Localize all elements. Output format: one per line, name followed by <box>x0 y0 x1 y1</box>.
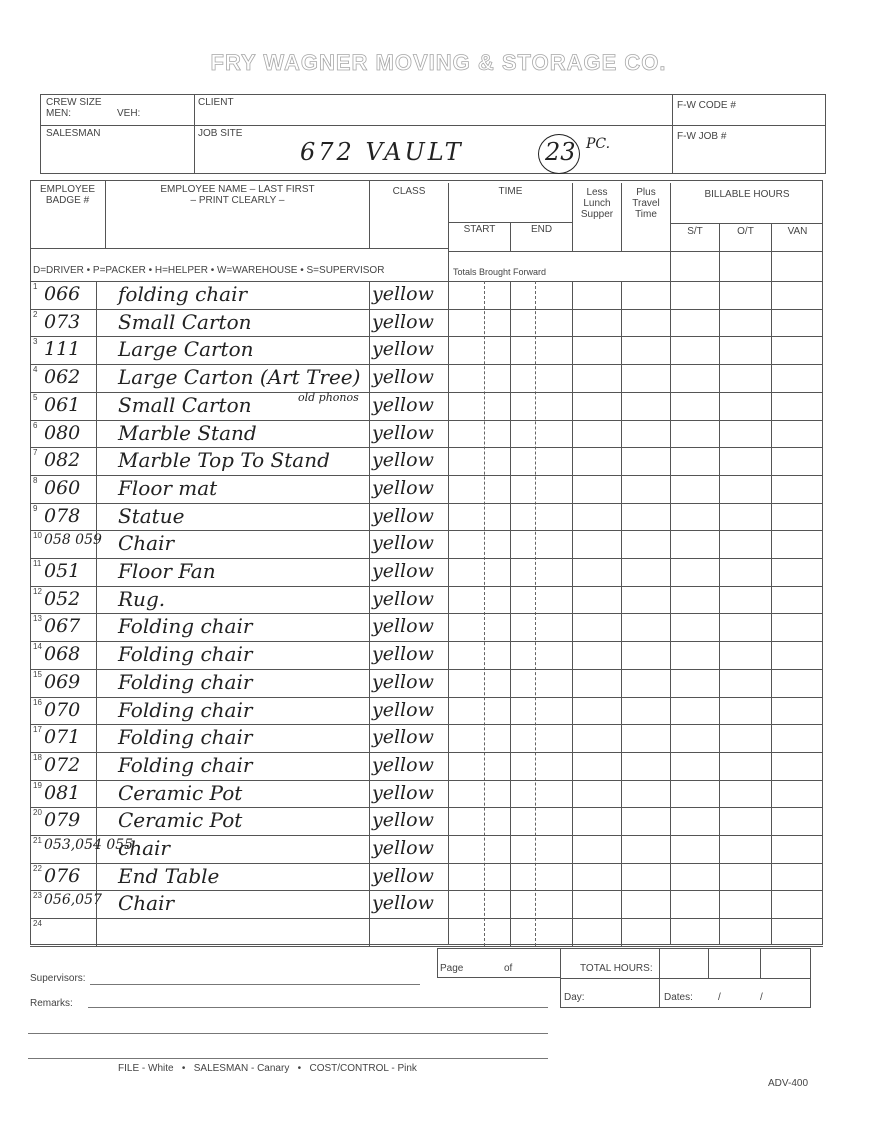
fw-job-label: F-W JOB # <box>677 131 726 142</box>
job-site-value: 672 VAULT <box>300 138 464 166</box>
plus-travel-header: Plus Travel Time <box>626 187 666 220</box>
row-number: 13 <box>33 614 42 623</box>
item-description: Large Carton <box>118 337 254 361</box>
row-number: 21 <box>33 836 42 845</box>
item-description: Floor Fan <box>118 559 216 583</box>
badge-number: 082 <box>44 449 80 471</box>
start-column-header: START <box>449 224 510 235</box>
item-description: Ceramic Pot <box>118 808 242 832</box>
badge-number: 051 <box>44 560 80 582</box>
badge-number: 067 <box>44 615 80 637</box>
item-description: Rug. <box>118 587 165 611</box>
ot-column-header: O/T <box>720 226 771 237</box>
badge-number: 069 <box>44 671 80 693</box>
badge-number: 073 <box>44 311 80 333</box>
name-column-subheader: – PRINT CLEARLY – <box>106 195 369 206</box>
salesman-label: SALESMAN <box>46 128 100 139</box>
men-label: MEN: <box>46 108 71 119</box>
badge-number: 061 <box>44 394 80 416</box>
badge-number: 070 <box>44 699 80 721</box>
van-column-header: VAN <box>772 226 823 237</box>
row-number: 6 <box>33 421 37 430</box>
row-number: 17 <box>33 725 42 734</box>
of-label: of <box>504 963 512 974</box>
item-description: Folding chair <box>118 614 252 638</box>
time-column-header: TIME <box>449 186 572 197</box>
st-column-header: S/T <box>671 226 719 237</box>
item-description: Folding chair <box>118 725 252 749</box>
item-class: yellow <box>372 449 434 471</box>
item-class: yellow <box>372 311 434 333</box>
row-number: 15 <box>33 670 42 679</box>
item-description: folding chair <box>118 282 247 306</box>
row-number: 19 <box>33 781 42 790</box>
piece-count: 23 <box>545 138 576 166</box>
item-class: yellow <box>372 588 434 610</box>
row-number: 12 <box>33 587 42 596</box>
item-class: yellow <box>372 865 434 887</box>
badge-number: 072 <box>44 754 80 776</box>
remarks-label: Remarks: <box>30 998 73 1009</box>
item-description: Marble Top To Stand <box>118 448 330 472</box>
dates-label: Dates: <box>664 992 693 1003</box>
item-class: yellow <box>372 283 434 305</box>
row-number: 3 <box>33 337 37 346</box>
total-hours-label: TOTAL HOURS: <box>580 963 653 974</box>
row-number: 18 <box>33 753 42 762</box>
less-lunch-header: Less Lunch Supper <box>577 187 617 220</box>
copy-distribution: FILE - White • SALESMAN - Canary • COST/… <box>118 1063 417 1074</box>
totals-brought-forward: Totals Brought Forward <box>453 267 546 277</box>
form-code: ADV-400 <box>768 1078 808 1089</box>
table-row[interactable] <box>30 918 823 946</box>
item-class: yellow <box>372 892 434 914</box>
crew-size-label: CREW SIZE <box>46 97 102 108</box>
item-description: Folding chair <box>118 642 252 666</box>
badge-number: 111 <box>44 338 80 360</box>
badge-number: 076 <box>44 865 80 887</box>
item-class: yellow <box>372 560 434 582</box>
badge-number: 079 <box>44 809 80 831</box>
supervisors-line[interactable] <box>90 984 420 985</box>
item-class: yellow <box>372 699 434 721</box>
item-description: Chair <box>118 531 174 555</box>
row-number: 7 <box>33 448 37 457</box>
item-description: Folding chair <box>118 698 252 722</box>
row-number: 22 <box>33 864 42 873</box>
item-class: yellow <box>372 366 434 388</box>
dates-separator: / <box>760 992 763 1003</box>
dates-separator: / <box>718 992 721 1003</box>
item-description: Small Carton <box>118 393 252 417</box>
item-class: yellow <box>372 726 434 748</box>
company-title: FRY WAGNER MOVING & STORAGE CO. <box>0 50 877 76</box>
row-number: 8 <box>33 476 37 485</box>
item-description: Floor mat <box>118 476 217 500</box>
row-number: 20 <box>33 808 42 817</box>
day-label: Day: <box>564 992 585 1003</box>
row-number: 10 <box>33 531 42 540</box>
row-number: 4 <box>33 365 37 374</box>
item-class: yellow <box>372 615 434 637</box>
row-number: 9 <box>33 504 37 513</box>
badge-number: 080 <box>44 422 80 444</box>
row-number: 1 <box>33 282 37 291</box>
page-label: Page <box>440 963 463 974</box>
item-description: Folding chair <box>118 753 252 777</box>
billable-hours-header: BILLABLE HOURS <box>671 189 823 200</box>
badge-number: 060 <box>44 477 80 499</box>
piece-unit: PC. <box>586 136 610 152</box>
remarks-line-3[interactable] <box>28 1058 548 1059</box>
item-class: yellow <box>372 837 434 859</box>
row-number: 11 <box>33 559 41 568</box>
end-column-header: END <box>511 224 572 235</box>
item-description: Large Carton (Art Tree) <box>118 365 360 389</box>
item-class: yellow <box>372 422 434 444</box>
row-number: 2 <box>33 310 37 319</box>
row-number: 14 <box>33 642 42 651</box>
row-number: 5 <box>33 393 37 402</box>
supervisors-label: Supervisors: <box>30 973 86 984</box>
item-class: yellow <box>372 782 434 804</box>
fw-code-label: F-W CODE # <box>677 100 736 111</box>
item-class: yellow <box>372 477 434 499</box>
badge-number: 071 <box>44 726 80 748</box>
item-class: yellow <box>372 505 434 527</box>
remarks-line[interactable] <box>88 1007 548 1008</box>
item-note: old phonos <box>298 391 359 404</box>
item-class: yellow <box>372 338 434 360</box>
item-description: Marble Stand <box>118 421 257 445</box>
badge-number: 056,057 <box>44 892 102 908</box>
badge-number: 066 <box>44 283 80 305</box>
item-description: Chair <box>118 891 174 915</box>
item-description: Statue <box>118 504 184 528</box>
badge-number: 052 <box>44 588 80 610</box>
class-legend: D=DRIVER • P=PACKER • H=HELPER • W=WAREH… <box>33 265 384 276</box>
item-class: yellow <box>372 394 434 416</box>
item-description: Ceramic Pot <box>118 781 242 805</box>
remarks-line-2[interactable] <box>28 1033 548 1034</box>
veh-label: VEH: <box>117 108 140 119</box>
item-description: Small Carton <box>118 310 252 334</box>
item-description: End Table <box>118 864 219 888</box>
client-label: CLIENT <box>198 97 234 108</box>
item-class: yellow <box>372 532 434 554</box>
badge-number: 058 059 <box>44 532 102 548</box>
item-class: yellow <box>372 754 434 776</box>
row-number: 23 <box>33 891 42 900</box>
badge-number: 068 <box>44 643 80 665</box>
item-class: yellow <box>372 809 434 831</box>
row-number: 16 <box>33 698 42 707</box>
class-column-header: CLASS <box>370 186 448 197</box>
item-description: Folding chair <box>118 670 252 694</box>
badge-number: 078 <box>44 505 80 527</box>
item-class: yellow <box>372 671 434 693</box>
item-class: yellow <box>372 643 434 665</box>
badge-number: 081 <box>44 782 80 804</box>
job-site-label: JOB SITE <box>198 128 242 139</box>
badge-column-header: EMPLOYEE BADGE # <box>30 184 105 206</box>
row-number: 24 <box>33 919 42 928</box>
badge-number: 062 <box>44 366 80 388</box>
name-column-header: EMPLOYEE NAME – LAST FIRST <box>106 184 369 195</box>
item-description: chair <box>118 836 170 860</box>
